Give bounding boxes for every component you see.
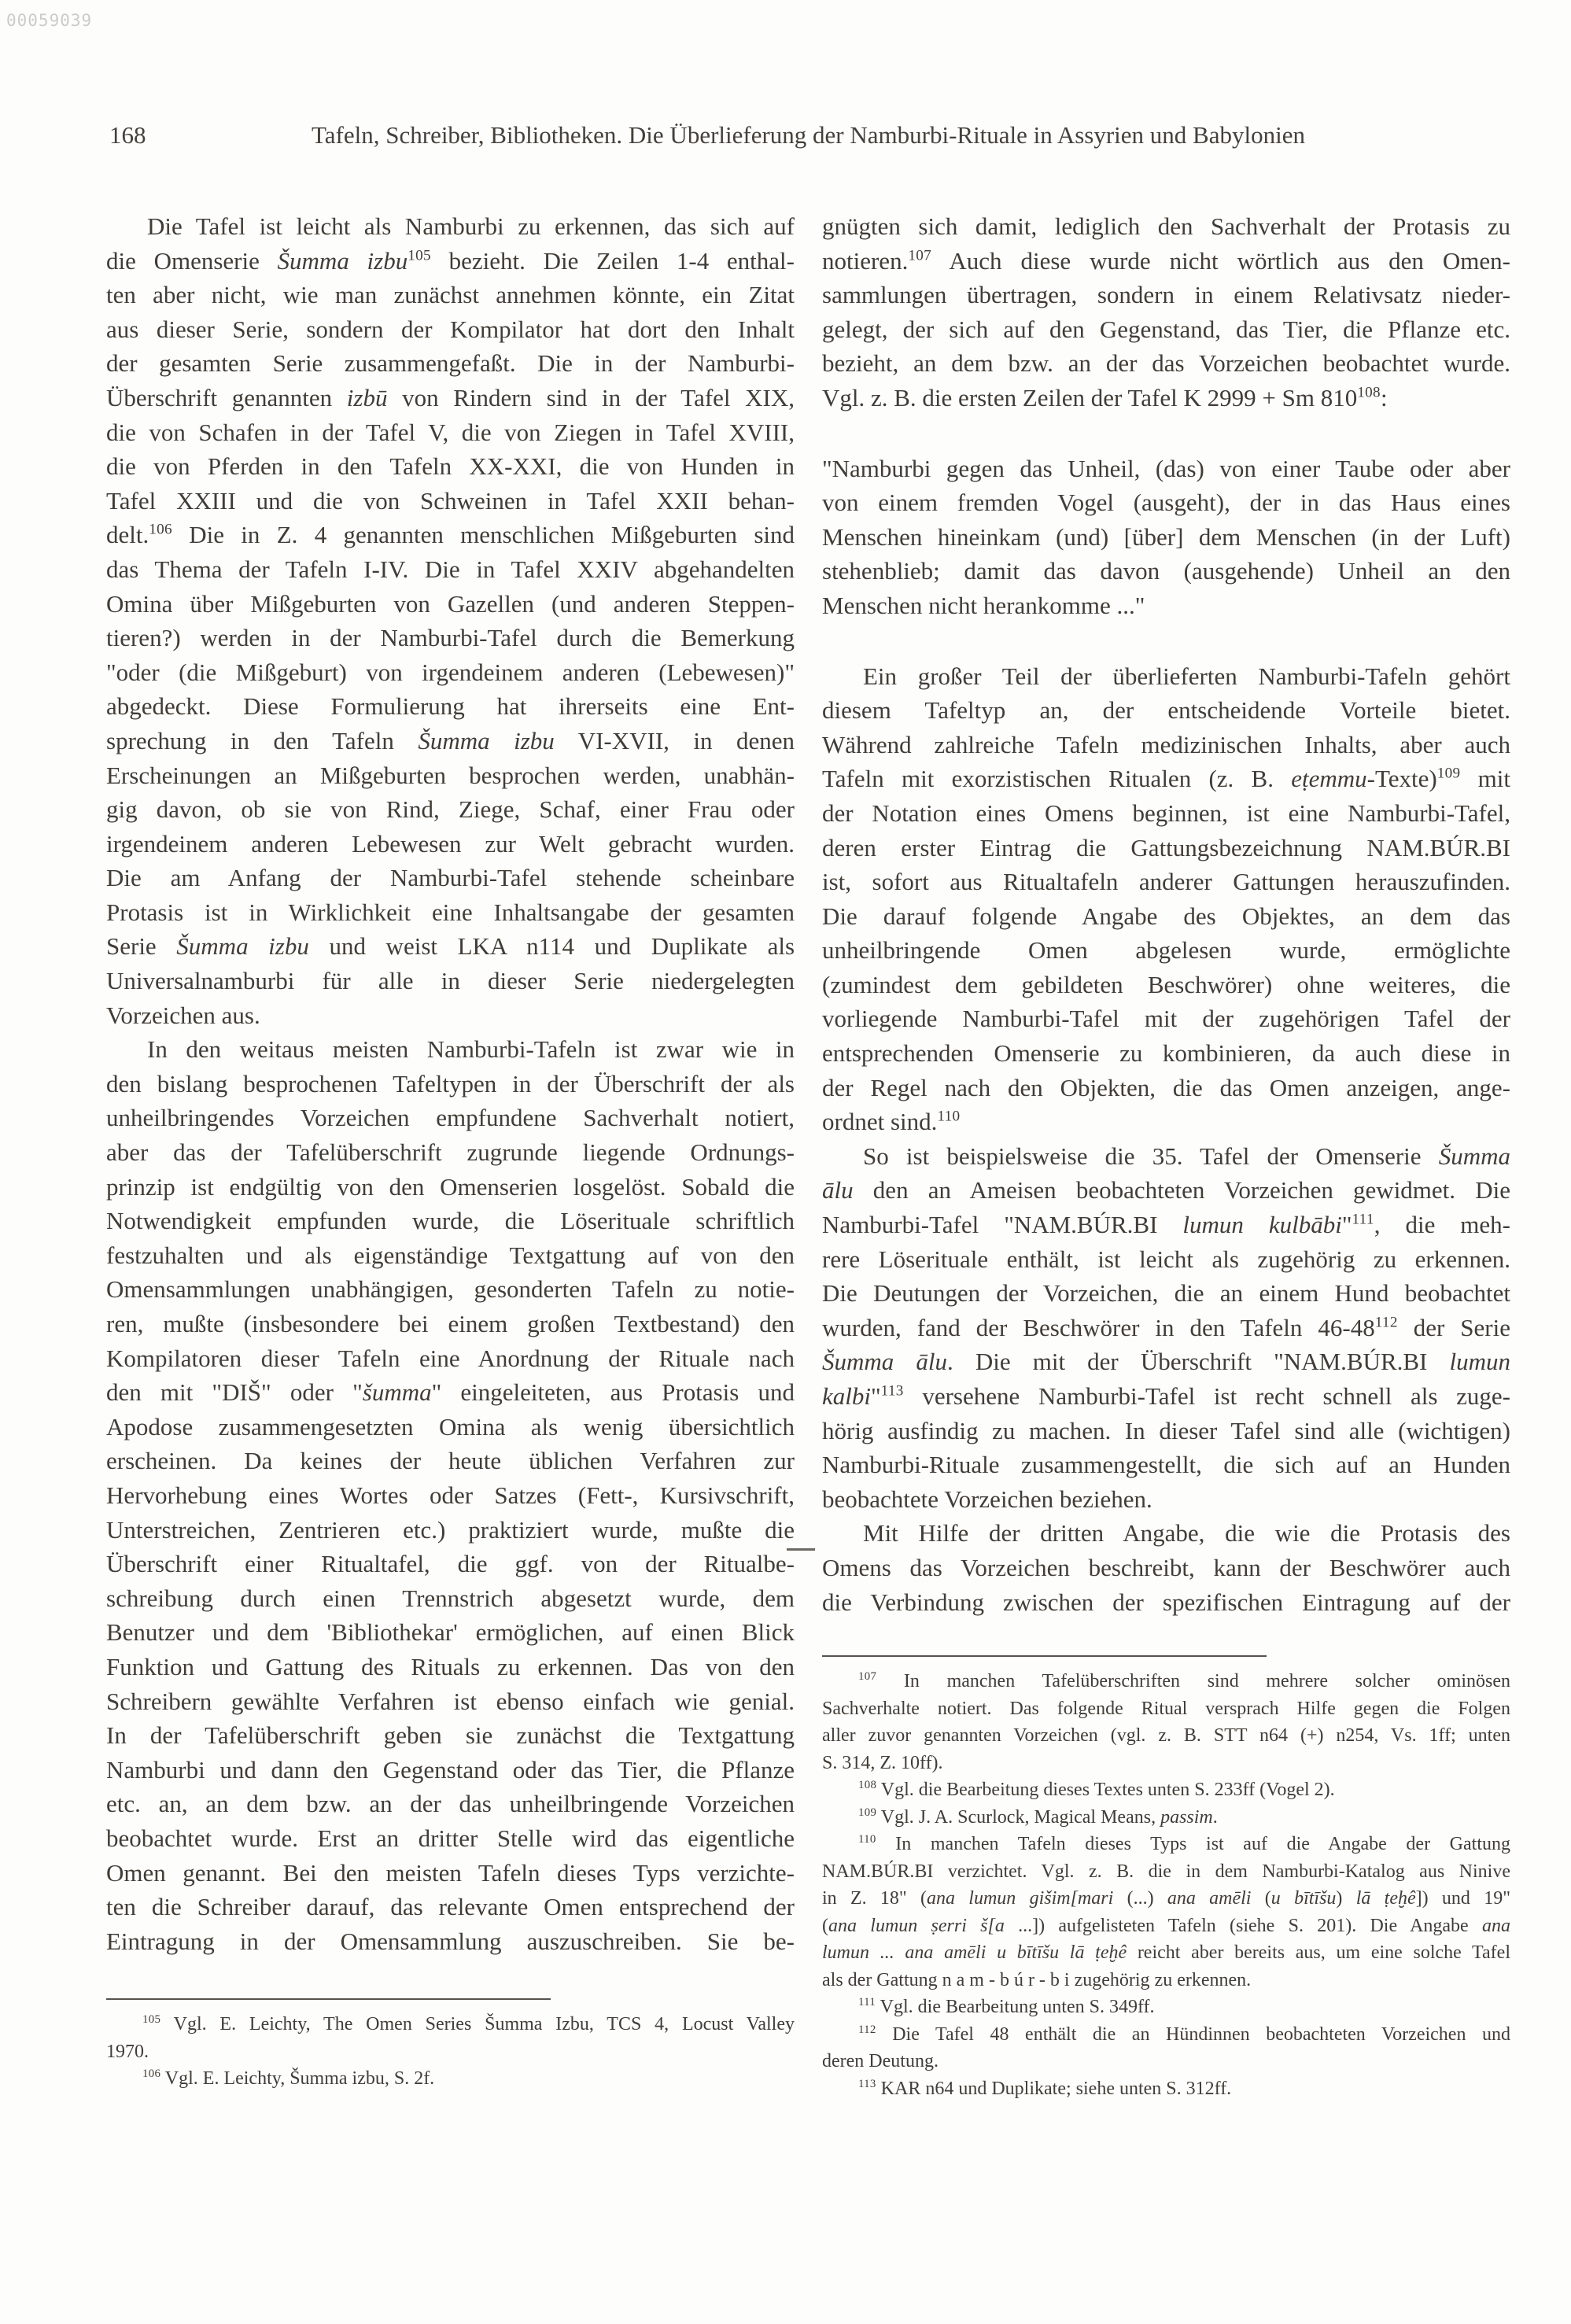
text-line: entsprechenden Omenserie zu kombinieren,… xyxy=(822,1036,1510,1071)
text-line: die von Pferden in den Tafeln XX-XXI, di… xyxy=(106,449,795,484)
text-line: Die darauf folgende Angabe des Objektes,… xyxy=(822,899,1510,934)
footnote-block: 105 Vgl. E. Leichty, The Omen Series Šum… xyxy=(106,2011,795,2065)
text-line: tieren?) werden in der Namburbi-Tafel du… xyxy=(106,621,795,655)
text-line: Universalnamburbi für alle in dieser Ser… xyxy=(106,964,795,998)
text-line: (zumindest dem gebildeten Beschwörer) oh… xyxy=(822,968,1510,1002)
text-line: 105 Vgl. E. Leichty, The Omen Series Šum… xyxy=(106,2011,795,2038)
left-column-text: Die Tafel ist leicht als Namburbi zu erk… xyxy=(106,209,795,1958)
text-line: aus dieser Serie, sondern der Kompilator… xyxy=(106,312,795,347)
text-line: rere Löserituale enthält, ist leicht als… xyxy=(822,1242,1510,1277)
text-line: stehenblieb; damit das davon (ausgehende… xyxy=(822,554,1510,588)
text-line: 109 Vgl. J. A. Scurlock, Magical Means, … xyxy=(822,1804,1510,1832)
text-line: Menschen hineinkam (und) [über] dem Mens… xyxy=(822,520,1510,555)
right-column: gnügten sich damit, lediglich den Sachve… xyxy=(822,209,1510,2102)
text-line: schreibung durch einen Trennstrich abges… xyxy=(106,1581,795,1616)
text-line: Kompilatoren dieser Tafeln eine Anordnun… xyxy=(106,1341,795,1376)
text-line: 108 Vgl. die Bearbeitung dieses Textes u… xyxy=(822,1776,1510,1804)
text-line: Apodose zusammengesetzten Omina als weni… xyxy=(106,1410,795,1444)
text-line: wurden, fand der Beschwörer in den Tafel… xyxy=(822,1311,1510,1345)
para-block: Ein großer Teil der überlieferten Nambur… xyxy=(822,659,1510,1139)
text-line: deren erster Eintrag die Gattungsbezeich… xyxy=(822,831,1510,865)
text-line: In den weitaus meisten Namburbi-Tafeln i… xyxy=(106,1032,795,1067)
quote-block: "Namburbi gegen das Unheil, (das) von ei… xyxy=(822,452,1510,623)
text-line: Tafeln mit exorzistischen Ritualen (z. B… xyxy=(822,762,1510,796)
para-block: In den weitaus meisten Namburbi-Tafeln i… xyxy=(106,1032,795,1958)
para-block: gnügten sich damit, lediglich den Sachve… xyxy=(822,209,1510,415)
text-line: diesem Tafeltyp an, der entscheidende Vo… xyxy=(822,693,1510,728)
text-line: Vorzeichen aus. xyxy=(106,998,795,1033)
footnote-block: 113 KAR n64 und Duplikate; siehe unten S… xyxy=(822,2075,1510,2103)
text-line: Schreibern gewählte Verfahren ist ebenso… xyxy=(106,1684,795,1719)
text-line: Tafel XXIII und die von Schweinen in Taf… xyxy=(106,484,795,518)
text-line: delt.106 Die in Z. 4 genannten menschlic… xyxy=(106,518,795,552)
text-line: ten aber nicht, wie man zunächst annehme… xyxy=(106,278,795,312)
text-line: Die Deutungen der Vorzeichen, die an ein… xyxy=(822,1276,1510,1311)
text-line: Namburbi-Rituale zusammengestellt, die s… xyxy=(822,1448,1510,1482)
text-line: der gesamten Serie zusammengefaßt. Die i… xyxy=(106,346,795,381)
text-line: kalbi"113 versehene Namburbi-Tafel ist r… xyxy=(822,1379,1510,1414)
text-line: "oder (die Mißgeburt) von irgendeinem an… xyxy=(106,655,795,690)
footnote-block: 108 Vgl. die Bearbeitung dieses Textes u… xyxy=(822,1776,1510,1804)
text-line: ren, mußte (insbesondere bei einem große… xyxy=(106,1307,795,1341)
text-line: etc. an, an dem bzw. an der das unheilbr… xyxy=(106,1787,795,1821)
text-line: Notwendigkeit empfunden wurde, die Löser… xyxy=(106,1204,795,1238)
text-line: aber das der Tafelüberschrift zugrunde l… xyxy=(106,1135,795,1170)
left-column: Die Tafel ist leicht als Namburbi zu erk… xyxy=(106,209,795,2093)
footnote-separator xyxy=(106,1998,551,2000)
text-line: NAM.BÚR.BI verzichtet. Vgl. z. B. die in… xyxy=(822,1858,1510,1886)
text-line: S. 314, Z. 10ff). xyxy=(822,1750,1510,1777)
text-line: Die Tafel ist leicht als Namburbi zu erk… xyxy=(106,209,795,244)
text-line: als der Gattung n a m - b ú r - b i zuge… xyxy=(822,1967,1510,1994)
text-line: Sachverhalte notiert. Das folgende Ritua… xyxy=(822,1695,1510,1723)
text-line: unheilbringendes Vorzeichen empfundene S… xyxy=(106,1101,795,1135)
text-line: In der Tafelüberschrift geben sie zunäch… xyxy=(106,1718,795,1753)
text-line: aller zuvor genannten Vorzeichen (vgl. z… xyxy=(822,1722,1510,1750)
text-line: (ana lumun ṣerri š[a ...]) aufgelisteten… xyxy=(822,1913,1510,1940)
text-line: irgendeinem anderen Lebewesen zur Welt g… xyxy=(106,827,795,861)
margin-dash-mark xyxy=(787,1548,815,1551)
text-line: die Omenserie Šumma izbu105 bezieht. Die… xyxy=(106,244,795,279)
text-line: die von Schafen in der Tafel V, die von … xyxy=(106,415,795,450)
footnote-separator xyxy=(822,1655,1267,1657)
text-line: Omens das Vorzeichen beschreibt, kann de… xyxy=(822,1551,1510,1585)
text-line: Serie Šumma izbu und weist LKA n114 und … xyxy=(106,929,795,964)
text-line: der Regel nach den Objekten, die das Ome… xyxy=(822,1071,1510,1105)
text-line: ten die Schreiber darauf, das relevante … xyxy=(106,1890,795,1924)
page-number: 168 xyxy=(109,121,146,149)
text-line: Erscheinungen an Mißgeburten besprochen … xyxy=(106,758,795,793)
text-line: gig davon, ob sie von Rind, Ziege, Schaf… xyxy=(106,792,795,827)
text-line: deren Deutung. xyxy=(822,2048,1510,2075)
text-line: unheilbringende Omen abgelesen wurde, er… xyxy=(822,933,1510,968)
text-line: notieren.107 Auch diese wurde nicht wört… xyxy=(822,244,1510,279)
text-line: die Verbindung zwischen der spezifischen… xyxy=(822,1585,1510,1620)
footnote-block: 106 Vgl. E. Leichty, Šumma izbu, S. 2f. xyxy=(106,2065,795,2093)
footnote-block: 109 Vgl. J. A. Scurlock, Magical Means, … xyxy=(822,1804,1510,1832)
text-line: festzuhalten und als eigenständige Textg… xyxy=(106,1238,795,1273)
text-line: 111 Vgl. die Bearbeitung unten S. 349ff. xyxy=(822,1994,1510,2021)
text-line: abgedeckt. Diese Formulierung hat ihrers… xyxy=(106,689,795,724)
text-line: sammlungen übertragen, sondern in einem … xyxy=(822,278,1510,312)
text-line: den mit "DIŠ" oder "šumma" eingeleiteten… xyxy=(106,1375,795,1410)
text-line: lumun ... ana amēli u bītīšu lā ṭeḫê rei… xyxy=(822,1939,1510,1967)
text-line: bezieht, an dem bzw. an der das Vorzeich… xyxy=(822,346,1510,381)
text-line: ordnet sind.110 xyxy=(822,1105,1510,1139)
text-line: Mit Hilfe der dritten Angabe, die wie di… xyxy=(822,1516,1510,1551)
text-line: in Z. 18" (ana lumun gišim[mari (...) an… xyxy=(822,1885,1510,1913)
text-line: Hervorhebung eines Wortes oder Satzes (F… xyxy=(106,1478,795,1513)
book-page: 00059039 168 Tafeln, Schreiber, Biblioth… xyxy=(0,0,1571,2324)
text-line: 1970. xyxy=(106,2038,795,2066)
scan-number-stamp: 00059039 xyxy=(6,11,92,30)
footnote-block: 110 In manchen Tafeln dieses Typs ist au… xyxy=(822,1831,1510,1994)
para-block: Die Tafel ist leicht als Namburbi zu erk… xyxy=(106,209,795,1032)
right-column-text: gnügten sich damit, lediglich den Sachve… xyxy=(822,209,1510,1619)
text-line: Namburbi-Tafel "NAM.BÚR.BI lumun kulbābi… xyxy=(822,1208,1510,1242)
text-line: Omensammlungen unabhängigen, gesonderten… xyxy=(106,1272,795,1307)
text-line: ālu den an Ameisen beobachteten Vorzeich… xyxy=(822,1173,1510,1208)
text-line: 113 KAR n64 und Duplikate; siehe unten S… xyxy=(822,2075,1510,2103)
text-line: Die am Anfang der Namburbi-Tafel stehend… xyxy=(106,861,795,895)
text-line: Protasis ist in Wirklichkeit eine Inhalt… xyxy=(106,895,795,930)
text-line: Funktion und Gattung des Rituals zu erke… xyxy=(106,1650,795,1684)
text-line: So ist beispielsweise die 35. Tafel der … xyxy=(822,1139,1510,1174)
footnote-block: 111 Vgl. die Bearbeitung unten S. 349ff. xyxy=(822,1994,1510,2021)
text-line: vorliegende Namburbi-Tafel mit der zugeh… xyxy=(822,1002,1510,1036)
footnote-block: 107 In manchen Tafelüberschriften sind m… xyxy=(822,1668,1510,1776)
right-column-footnotes: 107 In manchen Tafelüberschriften sind m… xyxy=(822,1668,1510,2102)
text-line: ist, sofort aus Ritualtafeln anderer Gat… xyxy=(822,865,1510,899)
text-line: Menschen nicht herankomme ..." xyxy=(822,588,1510,623)
text-line: prinzip ist endgültig von den Omenserien… xyxy=(106,1170,795,1204)
text-line: Benutzer und dem 'Bibliothekar' ermöglic… xyxy=(106,1615,795,1650)
text-line: 107 In manchen Tafelüberschriften sind m… xyxy=(822,1668,1510,1695)
text-line: gelegt, der sich auf den Gegenstand, das… xyxy=(822,312,1510,347)
text-line: den bislang besprochenen Tafeltypen in d… xyxy=(106,1067,795,1101)
text-line: das Thema der Tafeln I-IV. Die in Tafel … xyxy=(106,552,795,587)
text-line: Šumma ālu. Die mit der Überschrift "NAM.… xyxy=(822,1345,1510,1379)
text-line: gnügten sich damit, lediglich den Sachve… xyxy=(822,209,1510,244)
footnote-block: 112 Die Tafel 48 enthält die an Hündinne… xyxy=(822,2021,1510,2075)
text-line: 112 Die Tafel 48 enthält die an Hündinne… xyxy=(822,2021,1510,2049)
text-line: "Namburbi gegen das Unheil, (das) von ei… xyxy=(822,452,1510,486)
text-line: Überschrift genannten izbū von Rindern s… xyxy=(106,381,795,415)
text-line: beobachtet wurde. Erst an dritter Stelle… xyxy=(106,1821,795,1856)
text-line: Überschrift einer Ritualtafel, die ggf. … xyxy=(106,1547,795,1581)
text-line: von einem fremden Vogel (ausgeht), der i… xyxy=(822,485,1510,520)
running-title: Tafeln, Schreiber, Bibliotheken. Die Übe… xyxy=(106,121,1510,149)
text-line: 110 In manchen Tafeln dieses Typs ist au… xyxy=(822,1831,1510,1858)
text-line: beobachtete Vorzeichen beziehen. xyxy=(822,1482,1510,1517)
text-line: Ein großer Teil der überlieferten Nambur… xyxy=(822,659,1510,694)
text-line: hörig ausfindig zu machen. In dieser Taf… xyxy=(822,1414,1510,1448)
text-line: erscheinen. Da keines der heute üblichen… xyxy=(106,1444,795,1478)
text-line: Omina über Mißgeburten von Gazellen (und… xyxy=(106,587,795,622)
page-header: 168 Tafeln, Schreiber, Bibliotheken. Die… xyxy=(106,121,1510,149)
text-line: sprechung in den Tafeln Šumma izbu VI-XV… xyxy=(106,724,795,758)
text-line: Vgl. z. B. die ersten Zeilen der Tafel K… xyxy=(822,381,1510,415)
left-column-footnotes: 105 Vgl. E. Leichty, The Omen Series Šum… xyxy=(106,2011,795,2093)
text-line: Omen genannt. Bei den meisten Tafeln die… xyxy=(106,1856,795,1891)
text-line: Namburbi und dann den Gegenstand oder da… xyxy=(106,1753,795,1787)
text-line: Unterstreichen, Zentrieren etc.) praktiz… xyxy=(106,1513,795,1547)
para-block: Mit Hilfe der dritten Angabe, die wie di… xyxy=(822,1516,1510,1619)
text-line: Während zahlreiche Tafeln medizinischen … xyxy=(822,728,1510,762)
text-line: der Notation eines Omens beginnen, ist e… xyxy=(822,796,1510,831)
para-block: So ist beispielsweise die 35. Tafel der … xyxy=(822,1139,1510,1517)
text-line: Eintragung in der Omensammlung auszuschr… xyxy=(106,1924,795,1959)
text-line: 106 Vgl. E. Leichty, Šumma izbu, S. 2f. xyxy=(106,2065,795,2093)
